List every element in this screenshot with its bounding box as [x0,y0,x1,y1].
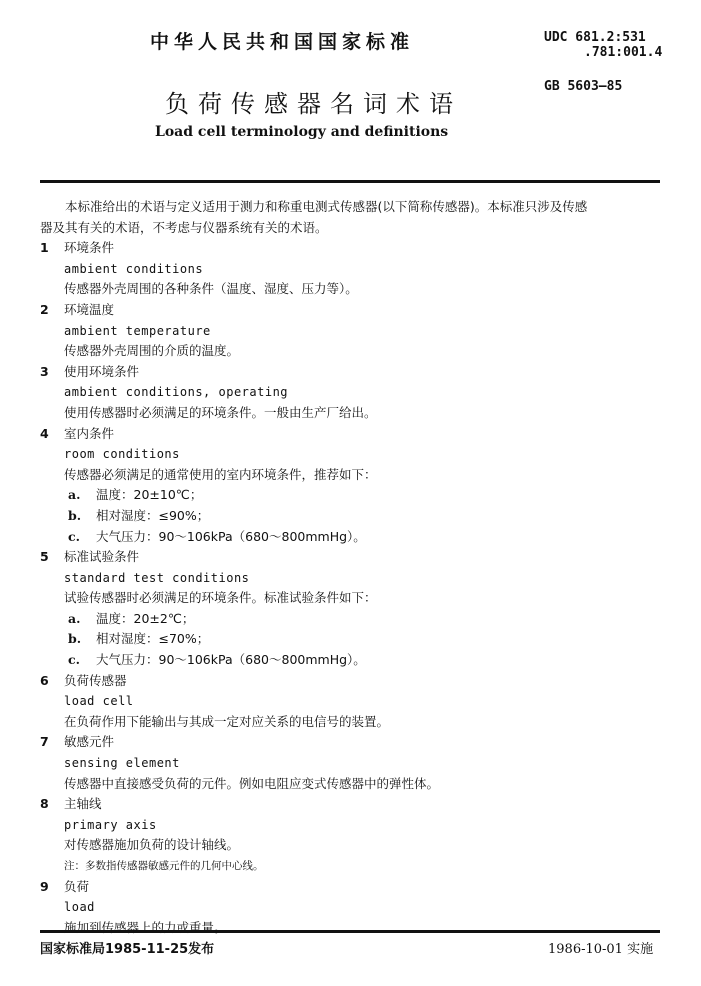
term-cn: 主轴线 [64,796,102,811]
term-definition: 对传感器施加负荷的设计轴线。 [40,835,665,856]
term-number: 1 [40,238,64,259]
intro-line-2: 器及其有关的术语，不考虑与仪器系统有关的术语。 [40,218,665,239]
term-en: primary axis [40,815,665,836]
term-heading: 8主轴线 [40,794,665,815]
udc-line-2: .781:001.4 [544,45,662,60]
term-cn: 负荷传感器 [64,673,127,688]
term-en: ambient temperature [40,321,665,342]
item-label: a. [68,609,96,630]
term-definition: 传感器外壳周围的各种条件（温度、湿度、压力等）。 [40,279,665,300]
term-definition: 传感器外壳周围的介质的温度。 [40,341,665,362]
item-label: b. [68,629,96,650]
top-divider [40,180,660,183]
term-number: 7 [40,732,64,753]
term-cn: 负荷 [64,879,89,894]
national-standard-heading: 中华人民共和国国家标准 [150,27,414,54]
term-number: 4 [40,424,64,445]
term-cn: 使用环境条件 [64,364,139,379]
item-text: 相对湿度：≤70%； [96,631,209,646]
term-note: 注：多数指传感器敏感元件的几何中心线。 [40,856,665,877]
condition-item: c.大气压力：90～106kPa（680～800mmHg）。 [40,527,665,548]
document-title-cn: 负荷传感器名词术语 [165,84,462,119]
item-text: 温度：20±2℃； [96,611,194,626]
term-number: 3 [40,362,64,383]
condition-item: a.温度：20±10℃； [40,485,665,506]
term-en: load [40,897,665,918]
term-definition: 试验传感器时必须满足的环境条件。标准试验条件如下： [40,588,665,609]
term-number: 2 [40,300,64,321]
bottom-divider [40,930,660,933]
term-en: ambient conditions, operating [40,382,665,403]
term-number: 6 [40,671,64,692]
condition-item: a.温度：20±2℃； [40,609,665,630]
term-definition: 传感器必须满足的通常使用的室内环境条件，推荐如下： [40,465,665,486]
item-label: b. [68,506,96,527]
item-label: c. [68,527,96,548]
term-cn: 环境温度 [64,302,114,317]
term-en: load cell [40,691,665,712]
term-heading: 1环境条件 [40,238,665,259]
issue-date: 国家标准局1985-11-25发布 [40,938,214,957]
term-heading: 6负荷传感器 [40,671,665,692]
condition-item: b.相对湿度：≤70%； [40,629,665,650]
document-body: 本标准给出的术语与定义适用于测力和称重电测式传感器(以下简称传感器)。本标准只涉… [40,197,665,938]
term-definition: 在负荷作用下能输出与其成一定对应关系的电信号的装置。 [40,712,665,733]
gb-number: GB 5603—85 [544,79,622,94]
term-heading: 2环境温度 [40,300,665,321]
term-cn: 标准试验条件 [64,549,139,564]
term-cn: 室内条件 [64,426,114,441]
term-heading: 9负荷 [40,877,665,898]
term-cn: 环境条件 [64,240,114,255]
term-heading: 5标准试验条件 [40,547,665,568]
condition-item: c.大气压力：90～106kPa（680～800mmHg）。 [40,650,665,671]
item-text: 大气压力：90～106kPa（680～800mmHg）。 [96,529,366,544]
term-definition: 施加到传感器上的力或重量。 [40,918,665,939]
term-number: 8 [40,794,64,815]
term-heading: 3使用环境条件 [40,362,665,383]
term-en: ambient conditions [40,259,665,280]
term-definition: 使用传感器时必须满足的环境条件。一般由生产厂给出。 [40,403,665,424]
term-en: sensing element [40,753,665,774]
term-number: 9 [40,877,64,898]
udc-line-1: UDC 681.2:531 [544,30,662,45]
item-label: c. [68,650,96,671]
item-label: a. [68,485,96,506]
item-text: 相对湿度：≤90%； [96,508,209,523]
term-heading: 7敏感元件 [40,732,665,753]
term-number: 5 [40,547,64,568]
item-text: 大气压力：90～106kPa（680～800mmHg）。 [96,652,366,667]
term-cn: 敏感元件 [64,734,114,749]
effective-date: 1986-10-01 实施 [548,938,653,957]
item-text: 温度：20±10℃； [96,487,202,502]
document-title-en: Load cell terminology and definitions [155,124,448,140]
term-definition: 传感器中直接感受负荷的元件。例如电阻应变式传感器中的弹性体。 [40,774,665,795]
condition-item: b.相对湿度：≤90%； [40,506,665,527]
term-en: room conditions [40,444,665,465]
term-heading: 4室内条件 [40,424,665,445]
intro-line-1: 本标准给出的术语与定义适用于测力和称重电测式传感器(以下简称传感器)。本标准只涉… [40,197,665,218]
udc-code: UDC 681.2:531.781:001.4 [544,30,662,60]
term-en: standard test conditions [40,568,665,589]
